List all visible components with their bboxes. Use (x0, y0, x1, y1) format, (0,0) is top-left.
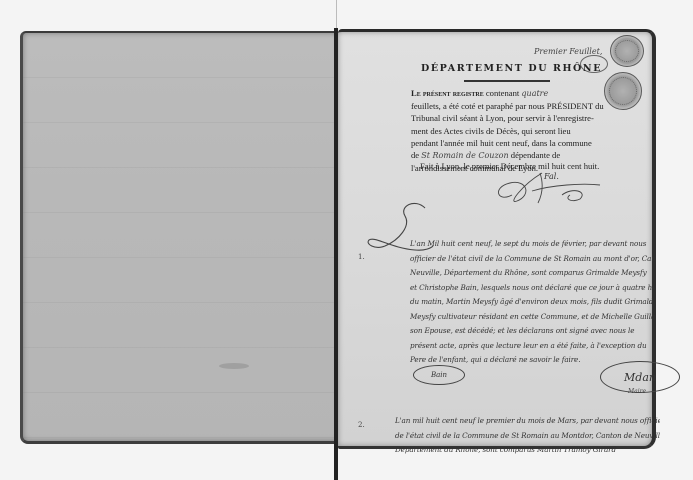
svg-text:Fal.: Fal. (543, 172, 559, 181)
scan-divider (336, 0, 337, 30)
department-title: DÉPARTEMENT DU RHÔNE (421, 63, 602, 74)
left-page (20, 31, 339, 444)
tax-stamp-icon (610, 35, 644, 67)
entry-number: 1. (358, 253, 365, 261)
preamble-lead: Le présent registre (411, 88, 484, 98)
signature-bain: Bain (413, 365, 465, 385)
ink-spot (219, 363, 249, 369)
signature-title: Maire (628, 388, 646, 395)
page-count-handwritten: quatre (521, 89, 548, 98)
president-signature-icon: Fal. (492, 165, 602, 207)
death-record-entry-2: L'an mil huit cent neuf le premier du mo… (395, 414, 660, 458)
title-rule (464, 80, 550, 82)
show-through-lines (23, 33, 339, 441)
commune-handwritten: St Romain de Couzon (421, 151, 508, 160)
register-spread: Premier Feuillet, DÉPARTEMENT DU RHÔNE L… (0, 0, 693, 480)
death-record-entry-1: L'an Mil huit cent neuf, le sept du mois… (410, 237, 655, 368)
entry-number: 2. (358, 421, 365, 429)
